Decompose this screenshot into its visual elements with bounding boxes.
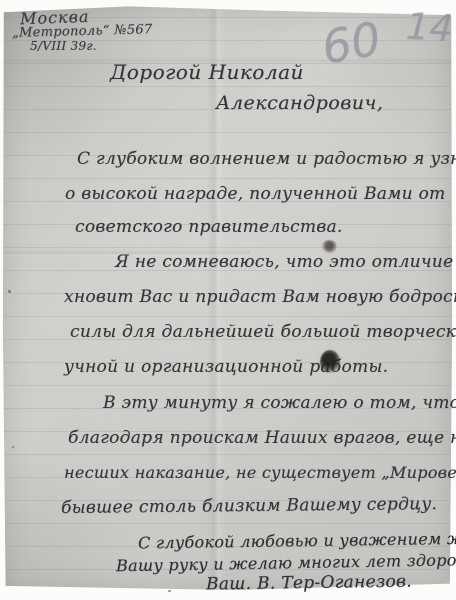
letter-scan: Москва „Метрополь“ №567 5/VIII 39г. 60 1… [0, 0, 456, 600]
salutation-line-2: Александрович, [216, 92, 383, 114]
page-number: 14 [405, 5, 454, 50]
body-p1-l1: С глубоким волнением и радостью я узнал [77, 149, 456, 169]
ink-blot [320, 350, 340, 374]
paper-speck [168, 590, 171, 592]
salutation-line-1: Дорогой Николай [110, 60, 304, 84]
body-p1-l2: о высокой награде, полученной Вами от [65, 184, 445, 204]
pencil-scribble: 60 [318, 11, 385, 74]
body-p3-l1: В эту минуту я сожалею о том, что [103, 393, 456, 413]
paper-speck [12, 446, 14, 448]
body-p2-l1: Я не сомневаюсь, что это отличие вдо- [115, 252, 456, 272]
body-p3-l3: несших наказание, не существует „Мировед… [64, 463, 456, 482]
body-p3-l4: бывшее столь близким Вашему сердцу. [61, 494, 437, 518]
ink-blot [322, 240, 337, 253]
signature: Ваш. В. Тер-Оганезов. [206, 572, 412, 595]
letterhead-date: 5/VIII 39г. [30, 39, 97, 53]
body-p3-l2: благодаря проискам Наших врагов, еще не … [68, 428, 456, 448]
body-p1-l3: советского правительства. [75, 217, 343, 237]
body-p2-l2: хновит Вас и придаст Вам новую бодрость … [64, 287, 456, 307]
paper-speck [8, 290, 11, 293]
body-p2-l3: силы для дальнейшей большой творческой н… [70, 322, 456, 342]
